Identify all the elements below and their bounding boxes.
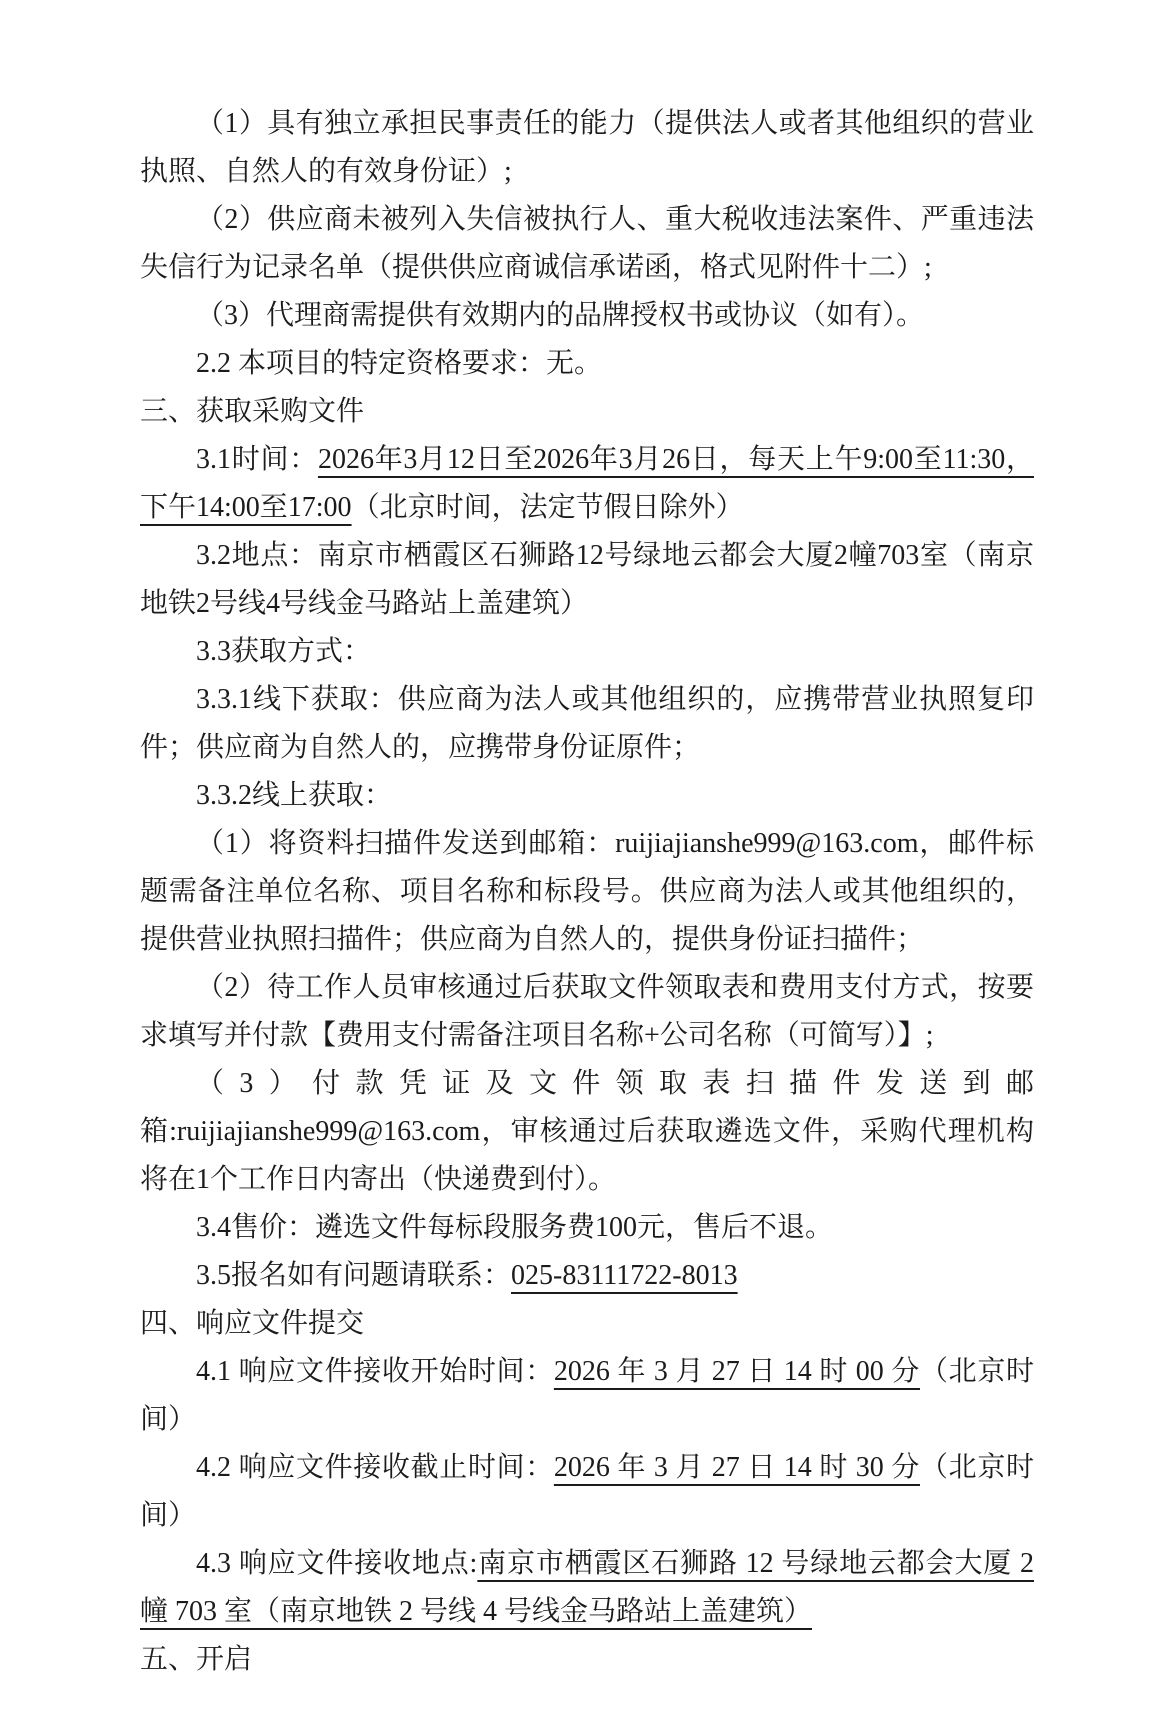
item-obtain-method: 3.3获取方式： [140, 628, 1034, 676]
start-time-value: 2026 年 3 月 27 日 14 时 00 分 [554, 1356, 920, 1387]
online-step-payment: （2）待工作人员审核通过后获取文件领取表和费用支付方式，按要求填写并付款【费用支… [140, 964, 1034, 1060]
text-run: 3.3获取方式： [196, 636, 371, 667]
field-label: 3.5报名如有问题请联系： [196, 1260, 511, 1291]
item-obtain-location: 3.2地点：南京市栖霞区石狮路12号绿地云都会大厦2幢703室（南京地铁2号线4… [140, 532, 1034, 628]
text-run: （1）具有独立承担民事责任的能力（提供法人或者其他组织的营业执照、自然人的有效身… [140, 108, 1034, 187]
item-receive-deadline: 4.2 响应文件接收截止时间：2026 年 3 月 27 日 14 时 30 分… [140, 1444, 1034, 1540]
text-run: 3.4售价：遴选文件每标段服务费100元，售后不退。 [196, 1212, 833, 1243]
clause-credit-record: （2）供应商未被列入失信被执行人、重大税收违法案件、严重违法失信行为记录名单（提… [140, 196, 1034, 292]
text-run: （1）将资料扫描件发送到邮箱：ruijiajianshe999@163.com，… [140, 828, 1034, 955]
section-title: 五、开启 [140, 1644, 252, 1675]
text-run: 3.2地点：南京市栖霞区石狮路12号绿地云都会大厦2幢703室（南京地铁2号线4… [140, 540, 1034, 619]
field-label: 4.3 响应文件接收地点: [196, 1548, 477, 1579]
clause-brand-authorization: （3）代理商需提供有效期内的品牌授权书或协议（如有）。 [140, 292, 1034, 340]
item-contact: 3.5报名如有问题请联系：025-83111722-8013 [140, 1252, 1034, 1300]
item-obtain-time: 3.1时间：2026年3月12日至2026年3月26日，每天上午9:00至11:… [140, 436, 1034, 532]
online-step-receipt: （3）付款凭证及文件领取表扫描件发送到邮箱:ruijiajianshe999@1… [140, 1060, 1034, 1204]
item-online-obtain: 3.3.2线上获取： [140, 772, 1034, 820]
item-offline-obtain: 3.3.1线下获取：供应商为法人或其他组织的，应携带营业执照复印件；供应商为自然… [140, 676, 1034, 772]
text-run: （3）付款凭证及文件领取表扫描件发送到邮箱:ruijiajianshe999@1… [140, 1068, 1034, 1195]
text-run: （2）供应商未被列入失信被执行人、重大税收违法案件、严重违法失信行为记录名单（提… [140, 204, 1034, 283]
text-run: 3.3.1线下获取：供应商为法人或其他组织的，应携带营业执照复印件；供应商为自然… [140, 684, 1034, 763]
section-heading-obtain-documents: 三、获取采购文件 [140, 388, 1034, 436]
text-run: （3）代理商需提供有效期内的品牌授权书或协议（如有）。 [196, 300, 924, 331]
section-title: 四、响应文件提交 [140, 1308, 364, 1339]
time-note: （北京时间，法定节假日除外） [352, 492, 744, 523]
clause-specific-qualification: 2.2 本项目的特定资格要求：无。 [140, 340, 1034, 388]
field-label: 4.2 响应文件接收截止时间： [196, 1452, 554, 1483]
clause-civil-liability: （1）具有独立承担民事责任的能力（提供法人或者其他组织的营业执照、自然人的有效身… [140, 100, 1034, 196]
contact-phone-value: 025-83111722-8013 [511, 1260, 738, 1291]
document-page: （1）具有独立承担民事责任的能力（提供法人或者其他组织的营业执照、自然人的有效身… [0, 0, 1170, 1724]
item-receive-location: 4.3 响应文件接收地点:南京市栖霞区石狮路 12 号绿地云都会大厦 2 幢 7… [140, 1540, 1034, 1636]
item-price: 3.4售价：遴选文件每标段服务费100元，售后不退。 [140, 1204, 1034, 1252]
section-heading-response-submission: 四、响应文件提交 [140, 1300, 1034, 1348]
text-run: 3.3.2线上获取： [196, 780, 392, 811]
online-step-send-email: （1）将资料扫描件发送到邮箱：ruijiajianshe999@163.com，… [140, 820, 1034, 964]
item-receive-start-time: 4.1 响应文件接收开始时间：2026 年 3 月 27 日 14 时 00 分… [140, 1348, 1034, 1444]
section-heading-opening: 五、开启 [140, 1636, 1034, 1684]
deadline-value: 2026 年 3 月 27 日 14 时 30 分 [554, 1452, 920, 1483]
section-title: 三、获取采购文件 [140, 396, 364, 427]
field-label: 4.1 响应文件接收开始时间： [196, 1356, 554, 1387]
text-run: 2.2 本项目的特定资格要求：无。 [196, 348, 602, 379]
text-run: （2）待工作人员审核通过后获取文件领取表和费用支付方式，按要求填写并付款【费用支… [140, 972, 1034, 1051]
field-label: 3.1时间： [196, 444, 318, 475]
